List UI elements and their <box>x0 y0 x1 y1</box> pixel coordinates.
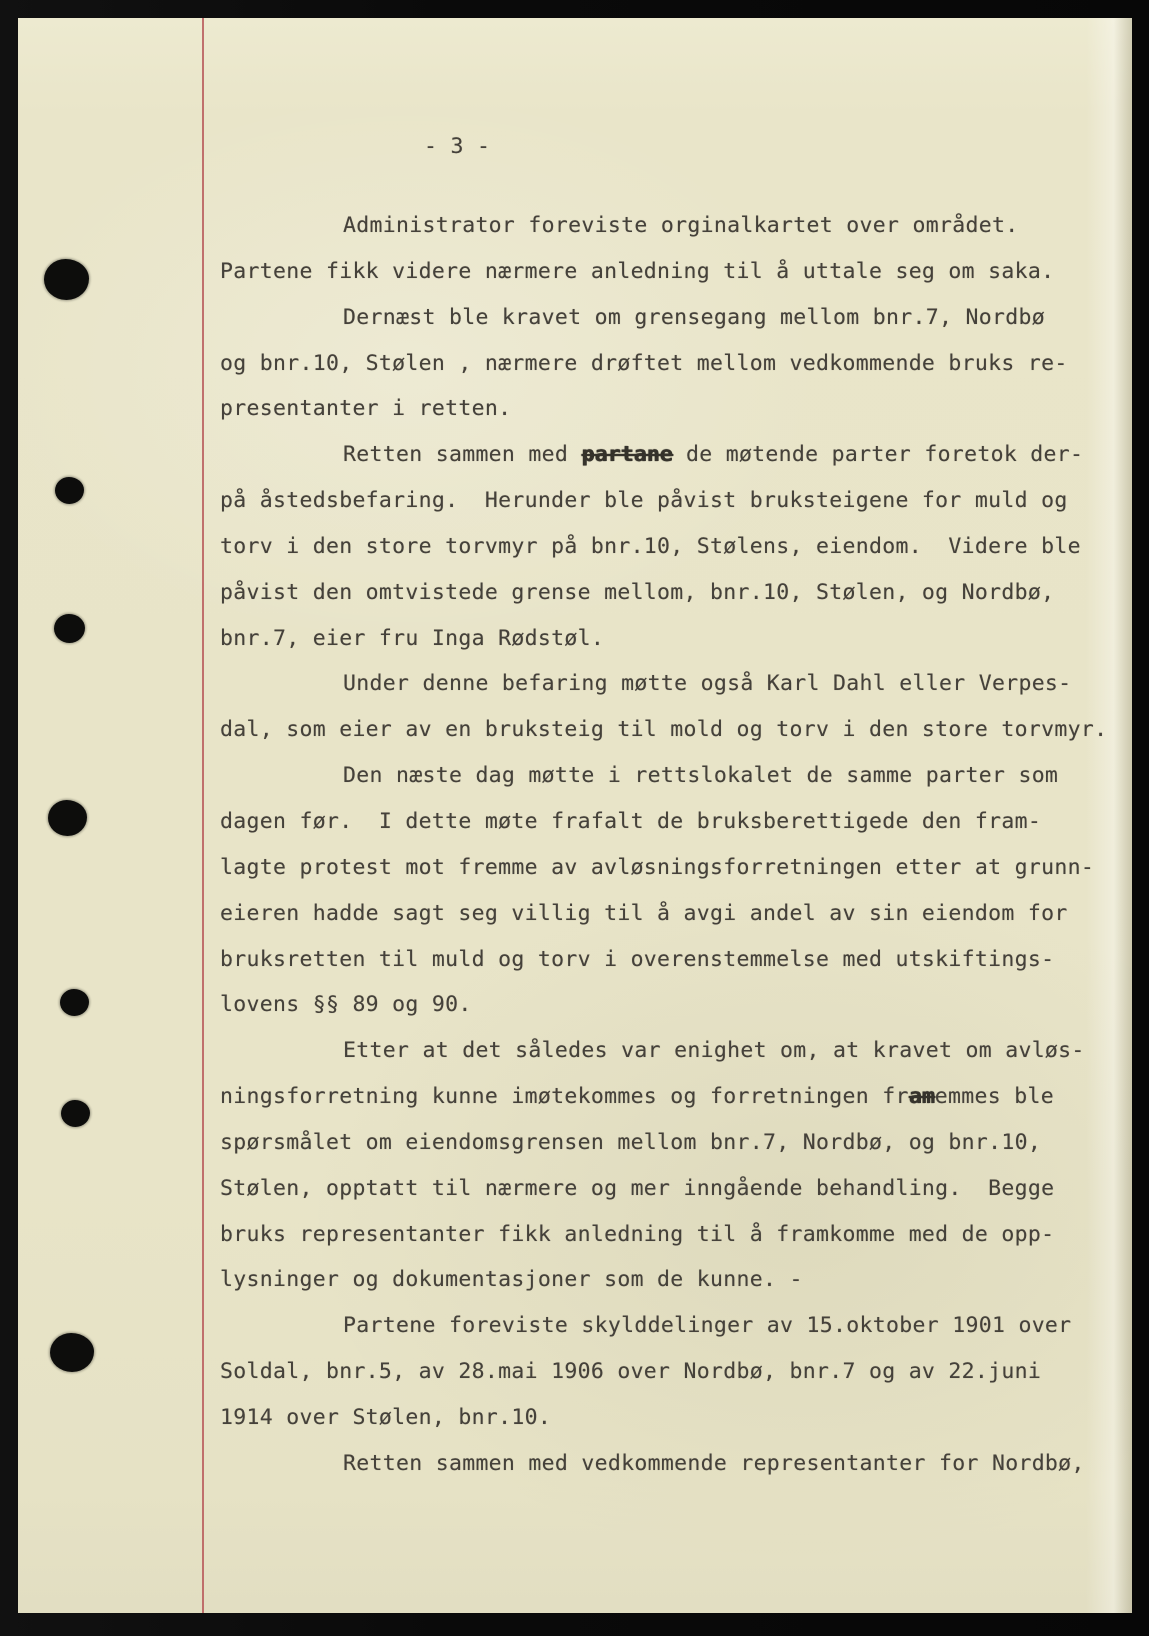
text-segment: eieren hadde sagt seg villig til å avgi … <box>220 901 1068 926</box>
text-line: spørsmålet om eiendomsgrensen mellom bnr… <box>220 1120 1120 1166</box>
scanned-document: - 3 - Administrator foreviste orginalkar… <box>0 0 1149 1636</box>
text-line: dagen før. I dette møte frafalt de bruks… <box>220 799 1120 845</box>
text-segment: og bnr.10, Stølen , nærmere drøftet mell… <box>220 351 1068 376</box>
punch-hole <box>60 989 89 1016</box>
text-line: lovens §§ 89 og 90. <box>220 982 1120 1028</box>
text-segment: bnr.7, eier fru Inga Rødstøl. <box>220 626 604 651</box>
punch-hole <box>50 1333 94 1372</box>
text-segment: lagte protest mot fremme av avløsningsfo… <box>220 855 1094 880</box>
text-segment: på åstedsbefaring. Herunder ble påvist b… <box>220 488 1068 513</box>
text-line: Dernæst ble kravet om grensegang mellom … <box>220 295 1120 341</box>
text-line: Stølen, opptatt til nærmere og mer inngå… <box>220 1166 1120 1212</box>
text-segment: Retten sammen med vedkommende representa… <box>343 1451 1085 1476</box>
text-segment: de møtende parter foretok der- <box>673 442 1084 467</box>
text-segment: Den næste dag møtte i rettslokalet de sa… <box>343 763 1058 788</box>
text-segment: dal, som eier av en bruksteig til mold o… <box>220 717 1107 742</box>
text-line: ningsforretning kunne imøtekommes og for… <box>220 1074 1120 1120</box>
text-line: bnr.7, eier fru Inga Rødstøl. <box>220 616 1120 662</box>
text-segment: Under denne befaring møtte også Karl Dah… <box>343 671 1071 696</box>
text-line: Under denne befaring møtte også Karl Dah… <box>220 661 1120 707</box>
text-line: 1914 over Stølen, bnr.10. <box>220 1395 1120 1441</box>
text-line: lysninger og dokumentasjoner som de kunn… <box>220 1257 1120 1303</box>
text-segment: lovens §§ 89 og 90. <box>220 992 472 1017</box>
text-segment: torv i den store torvmyr på bnr.10, Støl… <box>220 534 1081 559</box>
text-segment: Soldal, bnr.5, av 28.mai 1906 over Nordb… <box>220 1359 1041 1384</box>
text-segment: 1914 over Stølen, bnr.10. <box>220 1405 551 1430</box>
text-segment: Partene foreviste skylddelinger av 15.ok… <box>343 1313 1071 1338</box>
margin-rule-line <box>202 18 204 1613</box>
text-line: bruks representanter fikk anledning til … <box>220 1212 1120 1258</box>
text-line: påvist den omtvistede grense mellom, bnr… <box>220 570 1120 616</box>
text-segment: emmes ble <box>935 1084 1054 1109</box>
text-segment: ningsforretning kunne imøtekommes og for… <box>220 1084 909 1109</box>
text-line: på åstedsbefaring. Herunder ble påvist b… <box>220 478 1120 524</box>
struck-out-text: am <box>909 1084 935 1109</box>
text-line: bruksretten til muld og torv i overenste… <box>220 937 1120 983</box>
text-line: Soldal, bnr.5, av 28.mai 1906 over Nordb… <box>220 1349 1120 1395</box>
punch-hole <box>44 259 89 300</box>
punch-hole <box>61 1100 90 1127</box>
text-line: Administrator foreviste orginalkartet ov… <box>220 203 1120 249</box>
text-line: Retten sammen med vedkommende representa… <box>220 1441 1120 1487</box>
text-segment: påvist den omtvistede grense mellom, bnr… <box>220 580 1054 605</box>
text-line: presentanter i retten. <box>220 386 1120 432</box>
text-segment: presentanter i retten. <box>220 396 511 421</box>
text-segment: lysninger og dokumentasjoner som de kunn… <box>220 1267 803 1292</box>
text-line: Partene fikk videre nærmere anledning ti… <box>220 249 1120 295</box>
text-line: Retten sammen med partane de møtende par… <box>220 432 1120 478</box>
text-line: Partene foreviste skylddelinger av 15.ok… <box>220 1303 1120 1349</box>
text-line: Etter at det således var enighet om, at … <box>220 1028 1120 1074</box>
text-line: dal, som eier av en bruksteig til mold o… <box>220 707 1120 753</box>
page-number: - 3 - <box>424 134 490 159</box>
text-segment: spørsmålet om eiendomsgrensen mellom bnr… <box>220 1130 1041 1155</box>
text-line: eieren hadde sagt seg villig til å avgi … <box>220 891 1120 937</box>
punch-hole <box>55 477 84 504</box>
text-segment: Retten sammen med <box>343 442 581 467</box>
text-line: og bnr.10, Stølen , nærmere drøftet mell… <box>220 341 1120 387</box>
text-segment: Dernæst ble kravet om grensegang mellom … <box>343 305 1045 330</box>
punch-hole <box>48 800 87 836</box>
text-segment: Partene fikk videre nærmere anledning ti… <box>220 259 1054 284</box>
text-line: torv i den store torvmyr på bnr.10, Støl… <box>220 524 1120 570</box>
text-segment: bruks representanter fikk anledning til … <box>220 1222 1054 1247</box>
punch-hole <box>54 614 85 643</box>
struck-out-text: partane <box>581 442 672 467</box>
text-line: lagte protest mot fremme av avløsningsfo… <box>220 845 1120 891</box>
text-segment: dagen før. I dette møte frafalt de bruks… <box>220 809 1041 834</box>
text-segment: Etter at det således var enighet om, at … <box>343 1038 1085 1063</box>
document-text: Administrator foreviste orginalkartet ov… <box>220 203 1120 1487</box>
text-segment: Stølen, opptatt til nærmere og mer inngå… <box>220 1176 1054 1201</box>
text-segment: bruksretten til muld og torv i overenste… <box>220 947 1054 972</box>
text-segment: Administrator foreviste orginalkartet ov… <box>343 213 1018 238</box>
text-line: Den næste dag møtte i rettslokalet de sa… <box>220 753 1120 799</box>
